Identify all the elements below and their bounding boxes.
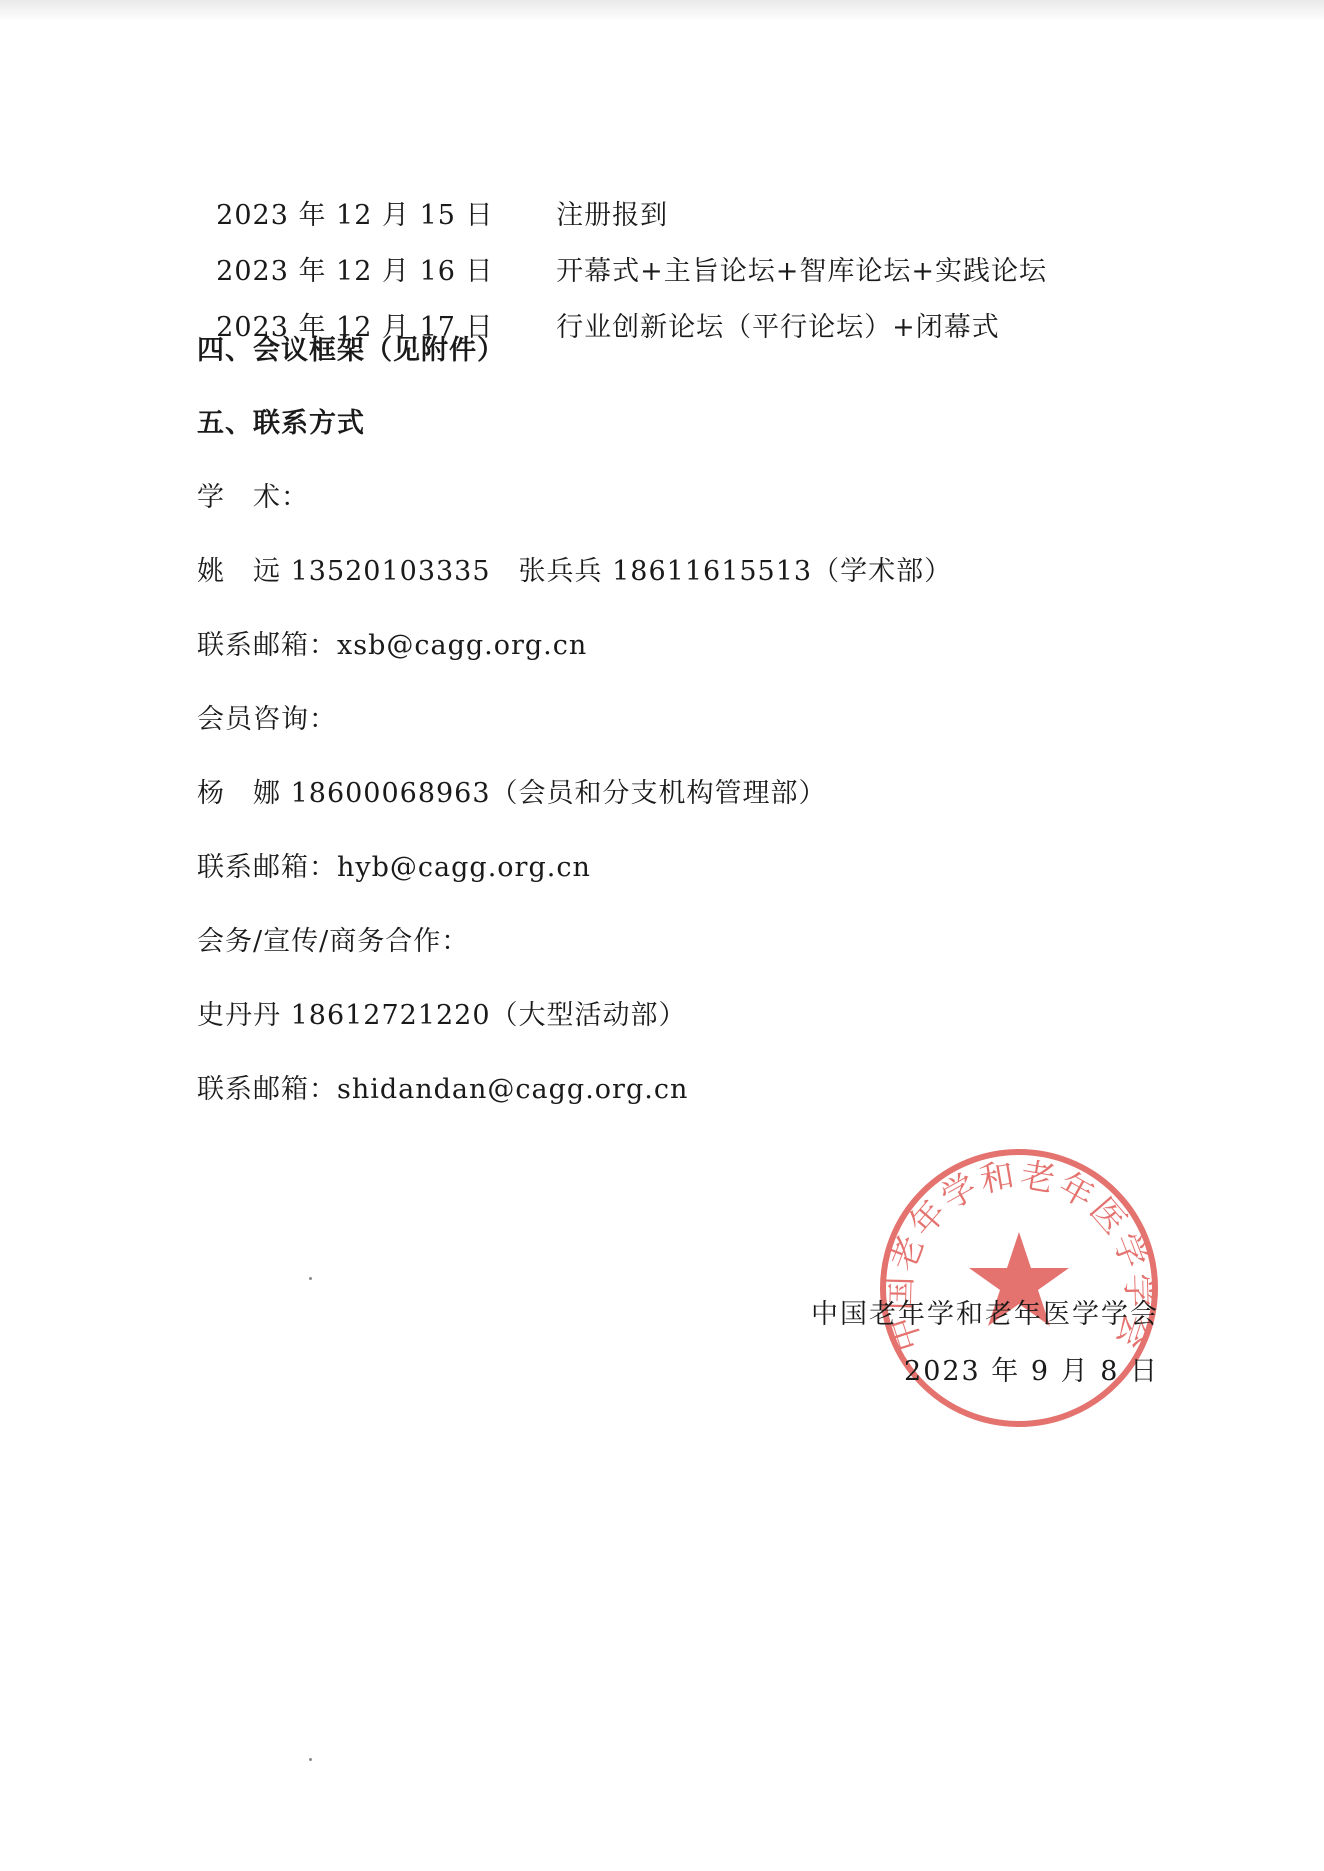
membership-people: 杨 娜 18600068963（会员和分支机构管理部）: [197, 777, 827, 811]
events-people: 史丹丹 18612721220（大型活动部）: [197, 999, 687, 1033]
signature-date: 2023 年 9 月 8 日: [904, 1355, 1159, 1389]
membership-label: 会员咨询：: [197, 703, 337, 737]
scan-edge-shadow: [0, 0, 1324, 22]
membership-email: 联系邮箱：hyb@cagg.org.cn: [197, 851, 591, 885]
scan-speck: [309, 1277, 312, 1280]
scan-speck: [309, 1758, 312, 1761]
schedule-event: 行业创新论坛（平行论坛）+闭幕式: [556, 311, 1000, 345]
framework-heading: 四、会议框架（见附件）: [197, 334, 505, 368]
signature-organization: 中国老年学和老年医学学会: [811, 1298, 1159, 1332]
academic-people: 姚 远 13520103335 张兵兵 18611615513（学术部）: [197, 555, 952, 589]
events-email: 联系邮箱：shidandan@cagg.org.cn: [197, 1073, 688, 1107]
academic-email: 联系邮箱：xsb@cagg.org.cn: [197, 629, 587, 663]
academic-label: 学 术：: [197, 481, 309, 515]
events-label: 会务/宣传/商务合作：: [197, 925, 469, 959]
contact-heading: 五、联系方式: [197, 407, 365, 441]
